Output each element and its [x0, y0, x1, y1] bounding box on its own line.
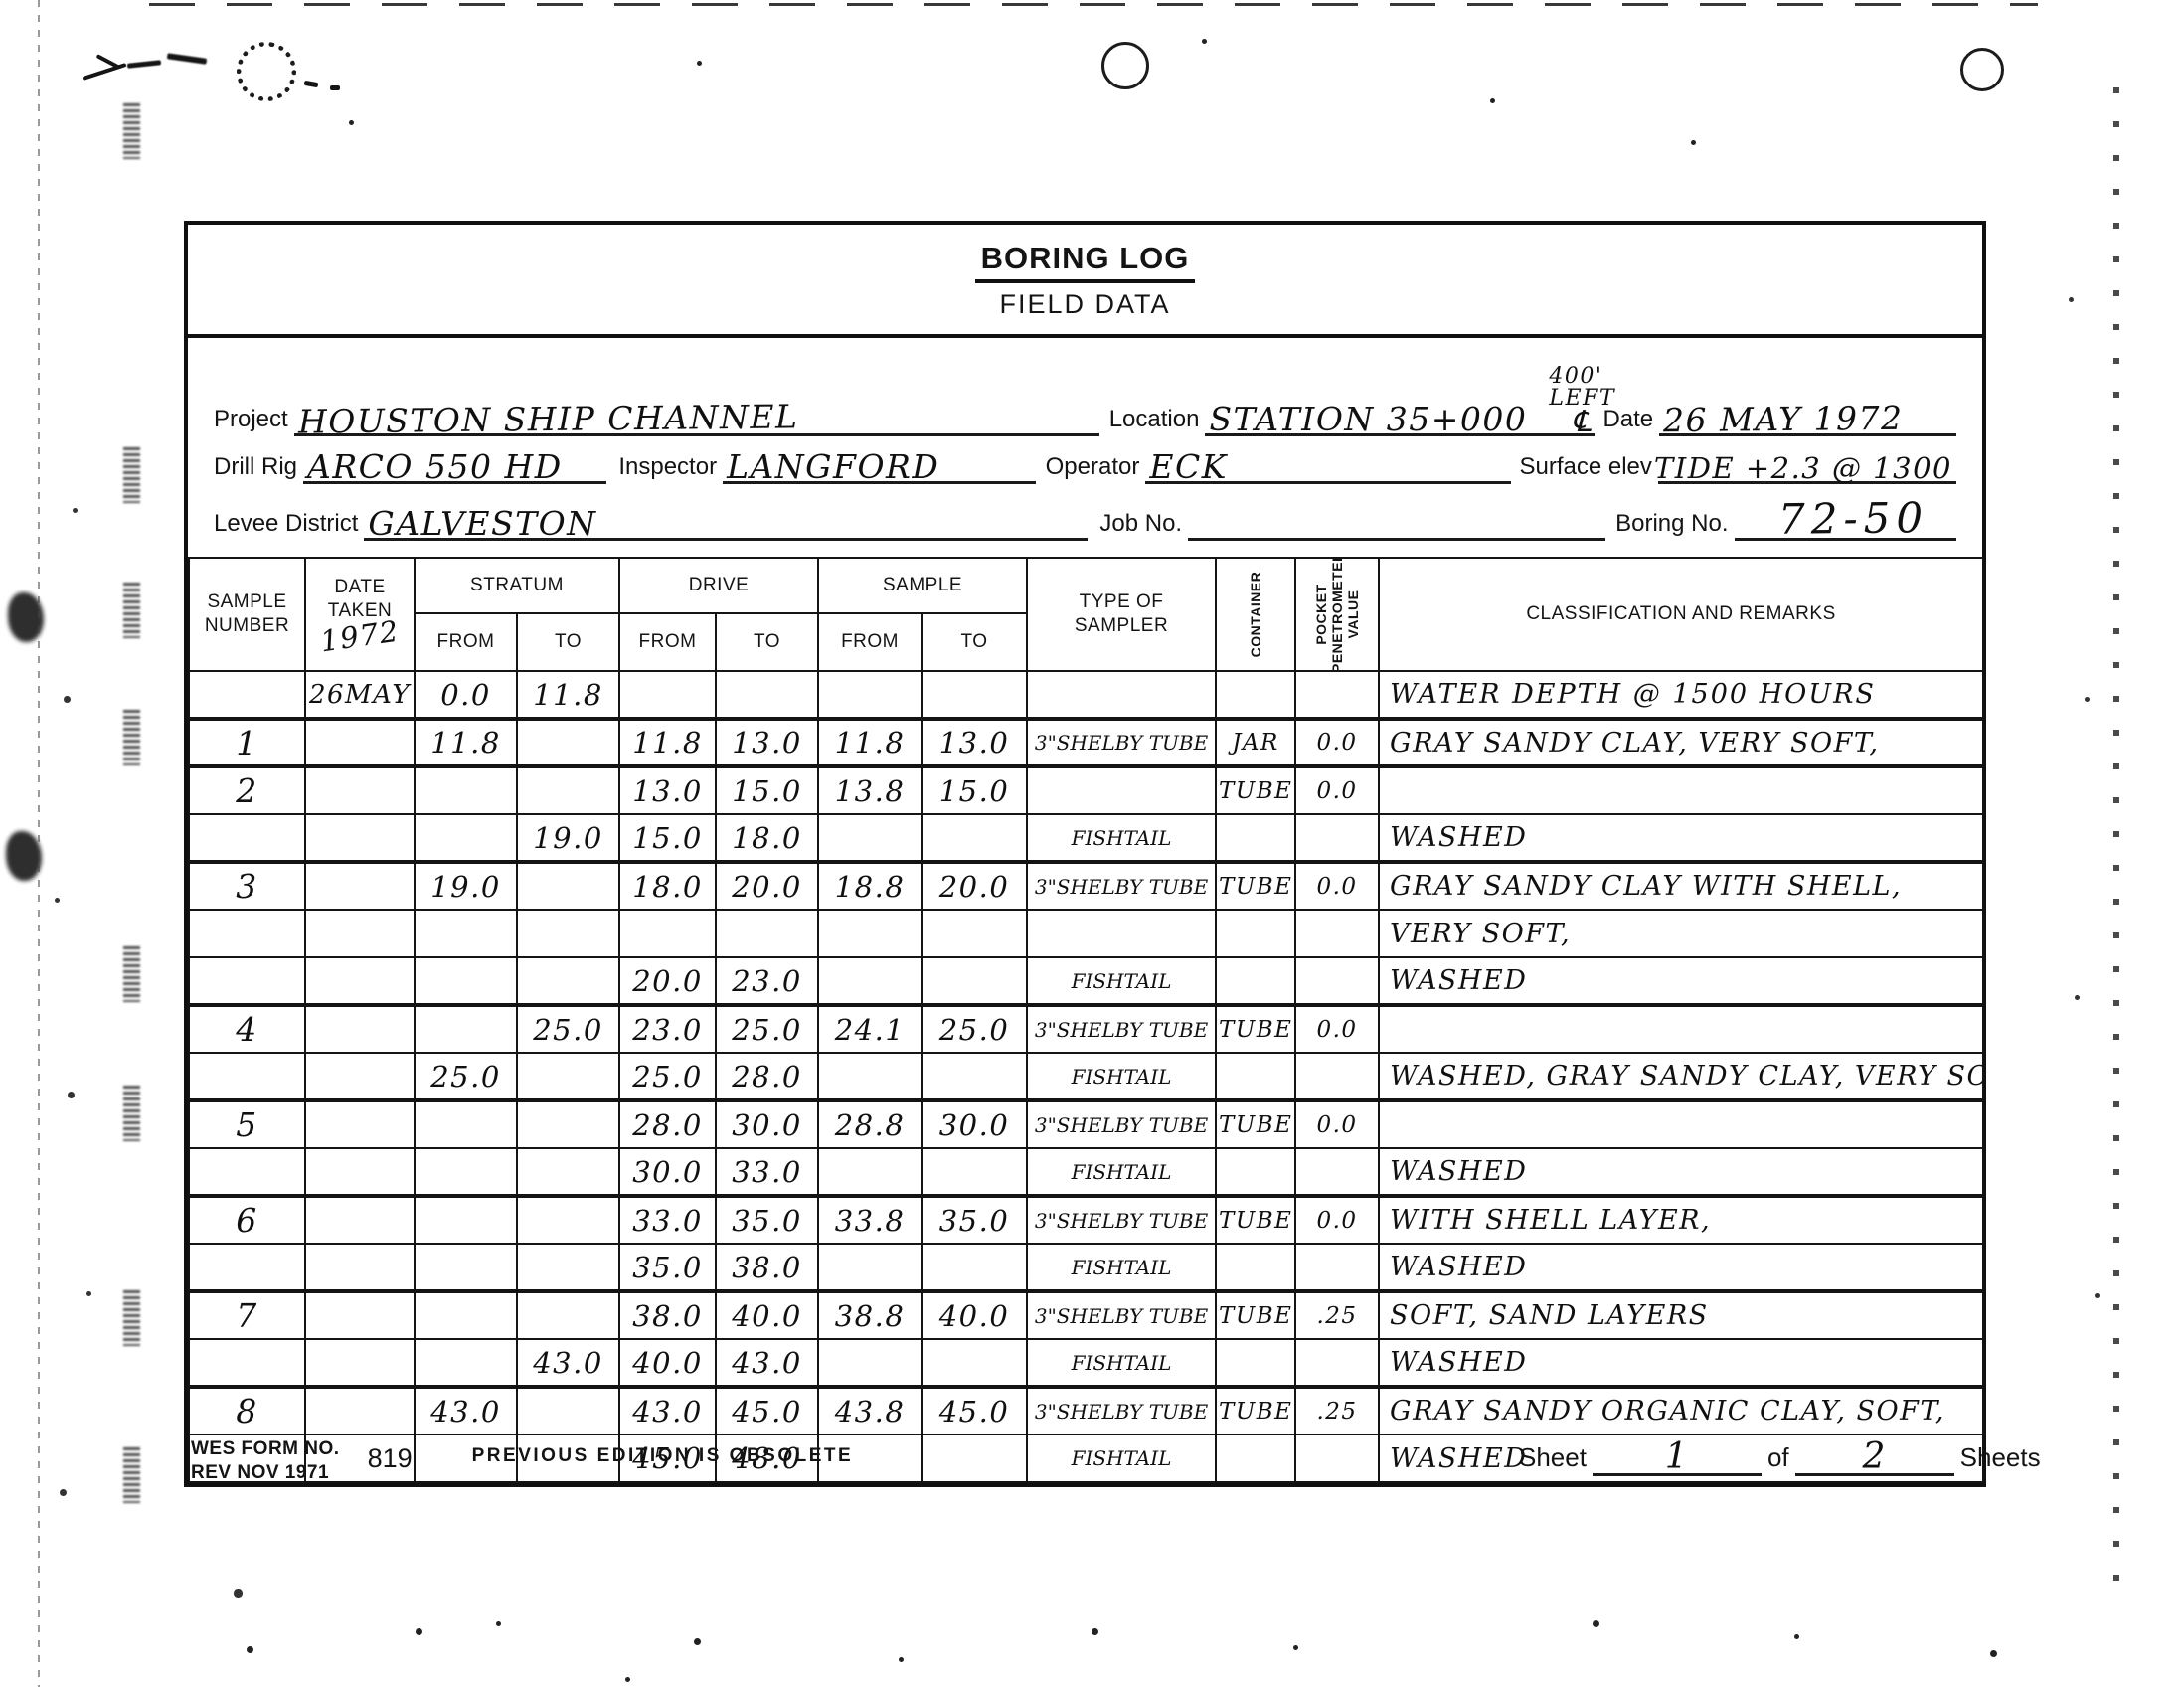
cell-date-taken — [305, 1196, 415, 1244]
cell-stratum-from — [415, 957, 517, 1005]
cell-stratum-to — [517, 1387, 619, 1434]
cell-type-of-sampler: 3"SHELBY TUBE — [1027, 719, 1216, 766]
location-offset: 400' LEFT — [1549, 366, 1615, 410]
cell-stratum-to: 19.0 — [517, 814, 619, 862]
cell-stratum-from — [415, 1100, 517, 1148]
cell-stratum-from: 0.0 — [415, 671, 517, 719]
cell-classification-remarks: WASHED — [1379, 1148, 1983, 1196]
cell-drive-from: 30.0 — [619, 1148, 716, 1196]
cell-date-taken — [305, 1100, 415, 1148]
hole-punch — [231, 36, 301, 106]
date-taken-year: 1972 — [306, 612, 414, 660]
cell-stratum-from: 43.0 — [415, 1387, 517, 1434]
cell-classification-remarks: WASHED — [1379, 957, 1983, 1005]
cell-classification-remarks — [1379, 1100, 1983, 1148]
cell-pocket-penetrometer: 0.0 — [1295, 862, 1379, 910]
boring-no-field: 72-50 — [1735, 498, 1957, 541]
operator-value: ECK — [1149, 450, 1228, 483]
margin-smudge — [123, 1290, 140, 1346]
cell-stratum-to — [517, 910, 619, 957]
cell-sample-to — [922, 1244, 1027, 1291]
cell-sample-from: 13.8 — [818, 766, 922, 814]
cell-drive-from: 11.8 — [619, 719, 716, 766]
cell-type-of-sampler — [1027, 671, 1216, 719]
project-field: HOUSTON SHIP CHANNEL — [294, 403, 1099, 436]
info-line-2: Drill Rig ARCO 550 HD Inspector LANGFORD… — [214, 450, 1956, 484]
cell-drive-to — [716, 910, 818, 957]
cell-stratum-to — [517, 1196, 619, 1244]
cell-stratum-from — [415, 1291, 517, 1339]
sheets-total: 2 — [1862, 1439, 1886, 1475]
cell-container: TUBE — [1216, 1005, 1295, 1053]
cell-sample-to — [922, 1339, 1027, 1387]
cell-pocket-penetrometer — [1295, 1053, 1379, 1100]
cell-drive-to: 43.0 — [716, 1339, 818, 1387]
header-type-of-sampler: TYPE OF SAMPLER — [1027, 558, 1216, 671]
cell-sample-number — [189, 957, 305, 1005]
cell-sample-to — [922, 1434, 1027, 1482]
margin-smudge — [123, 447, 140, 503]
cell-drive-from: 38.0 — [619, 1291, 716, 1339]
cell-sample-to: 45.0 — [922, 1387, 1027, 1434]
cell-date-taken: 26MAY — [305, 671, 415, 719]
drill-rig-value: ARCO 550 HD — [307, 450, 563, 483]
cell-stratum-from — [415, 1148, 517, 1196]
footer-right: Sheet 1 of 2 Sheets — [1519, 1439, 2047, 1476]
cell-drive-to: 28.0 — [716, 1053, 818, 1100]
cell-type-of-sampler: 3"SHELBY TUBE — [1027, 1100, 1216, 1148]
levee-district-value: GALVESTON — [368, 507, 596, 540]
cell-drive-from: 35.0 — [619, 1244, 716, 1291]
cell-stratum-to: 11.8 — [517, 671, 619, 719]
operator-field: ECK — [1145, 450, 1511, 484]
cell-type-of-sampler: FISHTAIL — [1027, 1434, 1216, 1482]
date-taken-label: DATE TAKEN — [328, 577, 392, 621]
hole-punch — [1960, 48, 2004, 91]
cell-container — [1216, 957, 1295, 1005]
cell-date-taken — [305, 1148, 415, 1196]
cell-classification-remarks — [1379, 766, 1983, 814]
cell-drive-from: 40.0 — [619, 1339, 716, 1387]
cell-drive-to: 30.0 — [716, 1100, 818, 1148]
table-header: SAMPLE NUMBER DATE TAKEN 1972 STRATUM DR… — [189, 558, 1983, 671]
table-row: 26MAY 0.0 11.8 WATER DEPTH @ 1500 HOURS — [189, 671, 1983, 719]
cell-classification-remarks: VERY SOFT, — [1379, 910, 1983, 957]
date-field: 26 MAY 1972 — [1659, 403, 1956, 436]
location-value: STATION 35+000 — [1209, 403, 1527, 435]
project-value: HOUSTON SHIP CHANNEL — [298, 400, 799, 437]
sheet-label: Sheet — [1519, 1442, 1593, 1476]
cell-stratum-from: 25.0 — [415, 1053, 517, 1100]
cell-container: TUBE — [1216, 1100, 1295, 1148]
cell-sample-to — [922, 957, 1027, 1005]
cell-drive-from: 25.0 — [619, 1053, 716, 1100]
cell-date-taken — [305, 1387, 415, 1434]
cell-sample-number: 5 — [189, 1100, 305, 1148]
footer-left: WES FORM NO. REV NOV 1971 819 PREVIOUS E… — [191, 1437, 853, 1485]
cell-sample-to: 20.0 — [922, 862, 1027, 910]
cell-type-of-sampler — [1027, 766, 1216, 814]
cell-sample-number: 7 — [189, 1291, 305, 1339]
cell-stratum-to: 43.0 — [517, 1339, 619, 1387]
cell-sample-from: 11.8 — [818, 719, 922, 766]
cell-stratum-from — [415, 766, 517, 814]
cell-date-taken — [305, 1005, 415, 1053]
cell-sample-from: 24.1 — [818, 1005, 922, 1053]
levee-district-label: Levee District — [214, 510, 364, 541]
cell-type-of-sampler: 3"SHELBY TUBE — [1027, 1387, 1216, 1434]
header-pocket-penetrometer: POCKET PENETROMETER VALUE — [1295, 558, 1379, 671]
cell-date-taken — [305, 1291, 415, 1339]
cell-drive-to: 25.0 — [716, 1005, 818, 1053]
margin-smudge — [123, 710, 140, 765]
cell-type-of-sampler: 3"SHELBY TUBE — [1027, 1005, 1216, 1053]
info-section: Project HOUSTON SHIP CHANNEL Location ST… — [188, 338, 1982, 557]
table-row: 25.0 25.0 28.0 FISHTAIL WASHED, GRAY SAN… — [189, 1053, 1983, 1100]
cell-drive-to: 40.0 — [716, 1291, 818, 1339]
header-stratum-to: TO — [517, 613, 619, 671]
cell-pocket-penetrometer — [1295, 1148, 1379, 1196]
cell-pocket-penetrometer: 0.0 — [1295, 1196, 1379, 1244]
sheet-number: 1 — [1665, 1439, 1689, 1475]
cell-sample-from — [818, 814, 922, 862]
header-drive-to: TO — [716, 613, 818, 671]
cell-container — [1216, 1434, 1295, 1482]
margin-smudge — [123, 103, 140, 159]
table-row: 8 43.0 43.0 45.0 43.8 45.0 3"SHELBY TUBE… — [189, 1387, 1983, 1434]
cell-container: TUBE — [1216, 862, 1295, 910]
cell-container — [1216, 910, 1295, 957]
cell-date-taken — [305, 910, 415, 957]
cell-drive-to: 35.0 — [716, 1196, 818, 1244]
cell-sample-to — [922, 910, 1027, 957]
sheets-label: Sheets — [1960, 1442, 2047, 1476]
cell-date-taken — [305, 719, 415, 766]
cell-drive-to: 18.0 — [716, 814, 818, 862]
form-title: BORING LOG — [975, 241, 1196, 283]
cell-pocket-penetrometer — [1295, 1434, 1379, 1482]
header-drive: DRIVE — [619, 558, 818, 613]
cell-classification-remarks: SOFT, SAND LAYERS — [1379, 1291, 1983, 1339]
cell-drive-to: 20.0 — [716, 862, 818, 910]
cell-sample-to — [922, 1148, 1027, 1196]
cell-stratum-to: 25.0 — [517, 1005, 619, 1053]
cell-sample-to — [922, 814, 1027, 862]
pen-scribble — [127, 60, 161, 69]
table-row: 5 28.0 30.0 28.8 30.0 3"SHELBY TUBE TUBE… — [189, 1100, 1983, 1148]
cell-stratum-to — [517, 719, 619, 766]
form-subtitle: FIELD DATA — [188, 289, 1982, 320]
location-label: Location — [1109, 406, 1206, 436]
pen-scribble — [304, 81, 319, 87]
cell-sample-from: 18.8 — [818, 862, 922, 910]
container-label: CONTAINER — [1248, 558, 1263, 671]
cell-drive-from: 20.0 — [619, 957, 716, 1005]
cell-classification-remarks: GRAY SANDY ORGANIC CLAY, SOFT, — [1379, 1387, 1983, 1434]
cell-stratum-from: 19.0 — [415, 862, 517, 910]
drill-rig-field: ARCO 550 HD — [303, 450, 606, 484]
cell-stratum-to — [517, 766, 619, 814]
cell-drive-from — [619, 671, 716, 719]
cell-drive-from: 43.0 — [619, 1387, 716, 1434]
cell-sample-number — [189, 1244, 305, 1291]
header-stratum-from: FROM — [415, 613, 517, 671]
cell-sample-from: 43.8 — [818, 1387, 922, 1434]
cell-drive-from: 23.0 — [619, 1005, 716, 1053]
cell-type-of-sampler: FISHTAIL — [1027, 1244, 1216, 1291]
ink-blob — [6, 831, 42, 881]
cell-pocket-penetrometer: .25 — [1295, 1291, 1379, 1339]
cell-stratum-to — [517, 1244, 619, 1291]
table-row: 1 11.8 11.8 13.0 11.8 13.0 3"SHELBY TUBE… — [189, 719, 1983, 766]
sheet-number-field: 1 — [1593, 1439, 1762, 1476]
info-line-1: Project HOUSTON SHIP CHANNEL Location ST… — [214, 366, 1956, 436]
cell-drive-to: 45.0 — [716, 1387, 818, 1434]
wes-form-line2: REV NOV 1971 — [191, 1461, 340, 1485]
scan-noise-specks — [0, 0, 3, 3]
cell-sample-from — [818, 1148, 922, 1196]
cell-stratum-to — [517, 1100, 619, 1148]
table-row: VERY SOFT, — [189, 910, 1983, 957]
cell-stratum-to — [517, 1148, 619, 1196]
sheets-total-field: 2 — [1795, 1439, 1954, 1476]
pen-scribble — [330, 85, 340, 90]
cell-sample-number: 3 — [189, 862, 305, 910]
inspector-value: LANGFORD — [727, 450, 939, 483]
form-number: 819 — [368, 1443, 413, 1474]
cell-drive-to: 38.0 — [716, 1244, 818, 1291]
cell-sample-from — [818, 957, 922, 1005]
cell-drive-from: 15.0 — [619, 814, 716, 862]
cell-type-of-sampler: FISHTAIL — [1027, 1053, 1216, 1100]
margin-smudge — [123, 1086, 140, 1141]
margin-smudge — [123, 1447, 140, 1503]
cell-stratum-from — [415, 1005, 517, 1053]
cell-sample-from — [818, 1053, 922, 1100]
cell-container — [1216, 1244, 1295, 1291]
cell-classification-remarks: WASHED, GRAY SANDY CLAY, VERY SOFT — [1379, 1053, 1983, 1100]
cell-stratum-to — [517, 957, 619, 1005]
page-left-edge — [38, 0, 40, 1687]
cell-sample-number — [189, 910, 305, 957]
cell-classification-remarks — [1379, 1005, 1983, 1053]
cell-classification-remarks: WASHED — [1379, 1244, 1983, 1291]
cell-pocket-penetrometer: .25 — [1295, 1387, 1379, 1434]
cell-date-taken — [305, 862, 415, 910]
cell-drive-to — [716, 671, 818, 719]
cell-stratum-from: 11.8 — [415, 719, 517, 766]
header-sample-number: SAMPLE NUMBER — [189, 558, 305, 671]
job-no-field — [1188, 507, 1605, 541]
cell-sample-from: 38.8 — [818, 1291, 922, 1339]
cell-pocket-penetrometer — [1295, 910, 1379, 957]
cell-classification-remarks: WASHED — [1379, 1339, 1983, 1387]
cell-container: TUBE — [1216, 766, 1295, 814]
margin-smudge — [123, 946, 140, 1002]
cell-drive-from: 18.0 — [619, 862, 716, 910]
cell-drive-to: 13.0 — [716, 719, 818, 766]
cell-stratum-from — [415, 814, 517, 862]
cell-sample-to: 25.0 — [922, 1005, 1027, 1053]
cell-sample-from: 28.8 — [818, 1100, 922, 1148]
cell-sample-number: 6 — [189, 1196, 305, 1244]
cell-container — [1216, 814, 1295, 862]
cell-pocket-penetrometer — [1295, 814, 1379, 862]
cell-container — [1216, 1339, 1295, 1387]
cell-stratum-to — [517, 1053, 619, 1100]
cell-pocket-penetrometer — [1295, 1244, 1379, 1291]
cell-stratum-to — [517, 1291, 619, 1339]
cell-type-of-sampler: 3"SHELBY TUBE — [1027, 1291, 1216, 1339]
cell-container — [1216, 1148, 1295, 1196]
inspector-label: Inspector — [618, 453, 723, 484]
cell-sample-number — [189, 1148, 305, 1196]
cell-type-of-sampler: FISHTAIL — [1027, 814, 1216, 862]
cell-sample-to: 35.0 — [922, 1196, 1027, 1244]
cell-drive-from — [619, 910, 716, 957]
cell-pocket-penetrometer — [1295, 957, 1379, 1005]
title-block: BORING LOG FIELD DATA — [188, 225, 1982, 338]
cell-stratum-from — [415, 1244, 517, 1291]
margin-smudge — [123, 583, 140, 638]
table-row: 43.0 40.0 43.0 FISHTAIL WASHED — [189, 1339, 1983, 1387]
cell-type-of-sampler: FISHTAIL — [1027, 957, 1216, 1005]
cell-classification-remarks: GRAY SANDY CLAY WITH SHELL, — [1379, 862, 1983, 910]
cell-container: TUBE — [1216, 1196, 1295, 1244]
date-value: 26 MAY 1972 — [1663, 402, 1904, 437]
cell-container: TUBE — [1216, 1291, 1295, 1339]
pocket-penetrometer-label: POCKET PENETROMETER VALUE — [1313, 558, 1361, 671]
cell-stratum-from — [415, 1339, 517, 1387]
levee-district-field: GALVESTON — [364, 507, 1088, 541]
header-classification: CLASSIFICATION AND REMARKS — [1379, 558, 1983, 671]
table-row: 2 13.0 15.0 13.8 15.0 TUBE 0.0 — [189, 766, 1983, 814]
table-row: 20.0 23.0 FISHTAIL WASHED — [189, 957, 1983, 1005]
table-row: 3 19.0 18.0 20.0 18.8 20.0 3"SHELBY TUBE… — [189, 862, 1983, 910]
table-row: 6 33.0 35.0 33.8 35.0 3"SHELBY TUBE TUBE… — [189, 1196, 1983, 1244]
cell-classification-remarks: WATER DEPTH @ 1500 HOURS — [1379, 671, 1983, 719]
surface-elev-label: Surface elev — [1519, 453, 1657, 484]
cell-type-of-sampler: 3"SHELBY TUBE — [1027, 862, 1216, 910]
header-drive-from: FROM — [619, 613, 716, 671]
header-sample-to: TO — [922, 613, 1027, 671]
cell-sample-to — [922, 671, 1027, 719]
cell-date-taken — [305, 1053, 415, 1100]
boring-log-form: BORING LOG FIELD DATA Project HOUSTON SH… — [184, 221, 1986, 1487]
pen-scribble — [167, 53, 207, 65]
location-field: STATION 35+000 400' LEFT ℄ — [1205, 366, 1595, 436]
centerline-symbol: ℄ — [1572, 408, 1593, 437]
cell-classification-remarks: WASHED — [1379, 814, 1983, 862]
table-row: 7 38.0 40.0 38.8 40.0 3"SHELBY TUBE TUBE… — [189, 1291, 1983, 1339]
cell-pocket-penetrometer: 0.0 — [1295, 766, 1379, 814]
cell-pocket-penetrometer: 0.0 — [1295, 1100, 1379, 1148]
boring-log-table: SAMPLE NUMBER DATE TAKEN 1972 STRATUM DR… — [188, 557, 1984, 1483]
cell-sample-from — [818, 910, 922, 957]
cell-pocket-penetrometer — [1295, 1339, 1379, 1387]
table-row: 4 25.0 23.0 25.0 24.1 25.0 3"SHELBY TUBE… — [189, 1005, 1983, 1053]
cell-sample-to: 40.0 — [922, 1291, 1027, 1339]
cell-sample-to: 30.0 — [922, 1100, 1027, 1148]
date-label: Date — [1602, 406, 1659, 436]
perforation-dots — [2113, 87, 2119, 1608]
cell-stratum-to — [517, 862, 619, 910]
cell-stratum-from — [415, 910, 517, 957]
cell-pocket-penetrometer: 0.0 — [1295, 719, 1379, 766]
obsolete-note: PREVIOUS EDITION IS OBSOLETE — [472, 1445, 854, 1467]
cell-sample-from — [818, 1244, 922, 1291]
header-stratum: STRATUM — [415, 558, 619, 613]
cell-date-taken — [305, 1339, 415, 1387]
header-container: CONTAINER — [1216, 558, 1295, 671]
surface-elev-value: TIDE +2.3 @ 1300 — [1654, 454, 1952, 483]
cell-pocket-penetrometer — [1295, 671, 1379, 719]
cell-sample-from: 33.8 — [818, 1196, 922, 1244]
cell-sample-from — [818, 1339, 922, 1387]
cell-container — [1216, 671, 1295, 719]
boring-no-value: 72-50 — [1777, 497, 1929, 541]
cell-type-of-sampler: FISHTAIL — [1027, 1148, 1216, 1196]
cell-sample-number: 1 — [189, 719, 305, 766]
cell-drive-from: 33.0 — [619, 1196, 716, 1244]
log-table-body: 26MAY 0.0 11.8 WATER DEPTH @ 1500 HOURS … — [189, 671, 1983, 1482]
cell-sample-to — [922, 1053, 1027, 1100]
cell-stratum-from — [415, 1196, 517, 1244]
job-no-label: Job No. — [1099, 510, 1188, 541]
cell-pocket-penetrometer: 0.0 — [1295, 1005, 1379, 1053]
cell-type-of-sampler — [1027, 910, 1216, 957]
header-sample: SAMPLE — [818, 558, 1027, 613]
wes-form-line1: WES FORM NO. — [191, 1437, 340, 1461]
inspector-field: LANGFORD — [723, 450, 1036, 484]
cell-sample-from — [818, 671, 922, 719]
cell-date-taken — [305, 957, 415, 1005]
header-sample-from: FROM — [818, 613, 922, 671]
of-label: of — [1767, 1442, 1795, 1476]
drill-rig-label: Drill Rig — [214, 453, 303, 484]
cell-container — [1216, 1053, 1295, 1100]
cell-container: TUBE — [1216, 1387, 1295, 1434]
hole-punch — [1101, 42, 1149, 89]
table-row: 35.0 38.0 FISHTAIL WASHED — [189, 1244, 1983, 1291]
table-row: 19.0 15.0 18.0 FISHTAIL WASHED — [189, 814, 1983, 862]
cell-sample-number: 2 — [189, 766, 305, 814]
cell-date-taken — [305, 814, 415, 862]
cell-drive-to: 33.0 — [716, 1148, 818, 1196]
surface-elev-field: TIDE +2.3 @ 1300 — [1658, 450, 1956, 484]
scanned-boring-log-page: BORING LOG FIELD DATA Project HOUSTON SH… — [0, 0, 2184, 1687]
boring-no-label: Boring No. — [1615, 510, 1734, 541]
cell-date-taken — [305, 1244, 415, 1291]
cell-sample-number — [189, 1053, 305, 1100]
operator-label: Operator — [1046, 453, 1146, 484]
header-date-taken: DATE TAKEN 1972 — [305, 558, 415, 671]
table-row: 30.0 33.0 FISHTAIL WASHED — [189, 1148, 1983, 1196]
cell-drive-to: 23.0 — [716, 957, 818, 1005]
cell-container: JAR — [1216, 719, 1295, 766]
cell-sample-number — [189, 814, 305, 862]
cell-drive-from: 13.0 — [619, 766, 716, 814]
cell-sample-to: 13.0 — [922, 719, 1027, 766]
cell-classification-remarks: WITH SHELL LAYER, — [1379, 1196, 1983, 1244]
cell-sample-number: 4 — [189, 1005, 305, 1053]
cell-date-taken — [305, 766, 415, 814]
cell-sample-number — [189, 1339, 305, 1387]
cell-sample-to: 15.0 — [922, 766, 1027, 814]
page-top-edge-dashes — [149, 3, 2038, 6]
cell-sample-number — [189, 671, 305, 719]
cell-sample-number: 8 — [189, 1387, 305, 1434]
